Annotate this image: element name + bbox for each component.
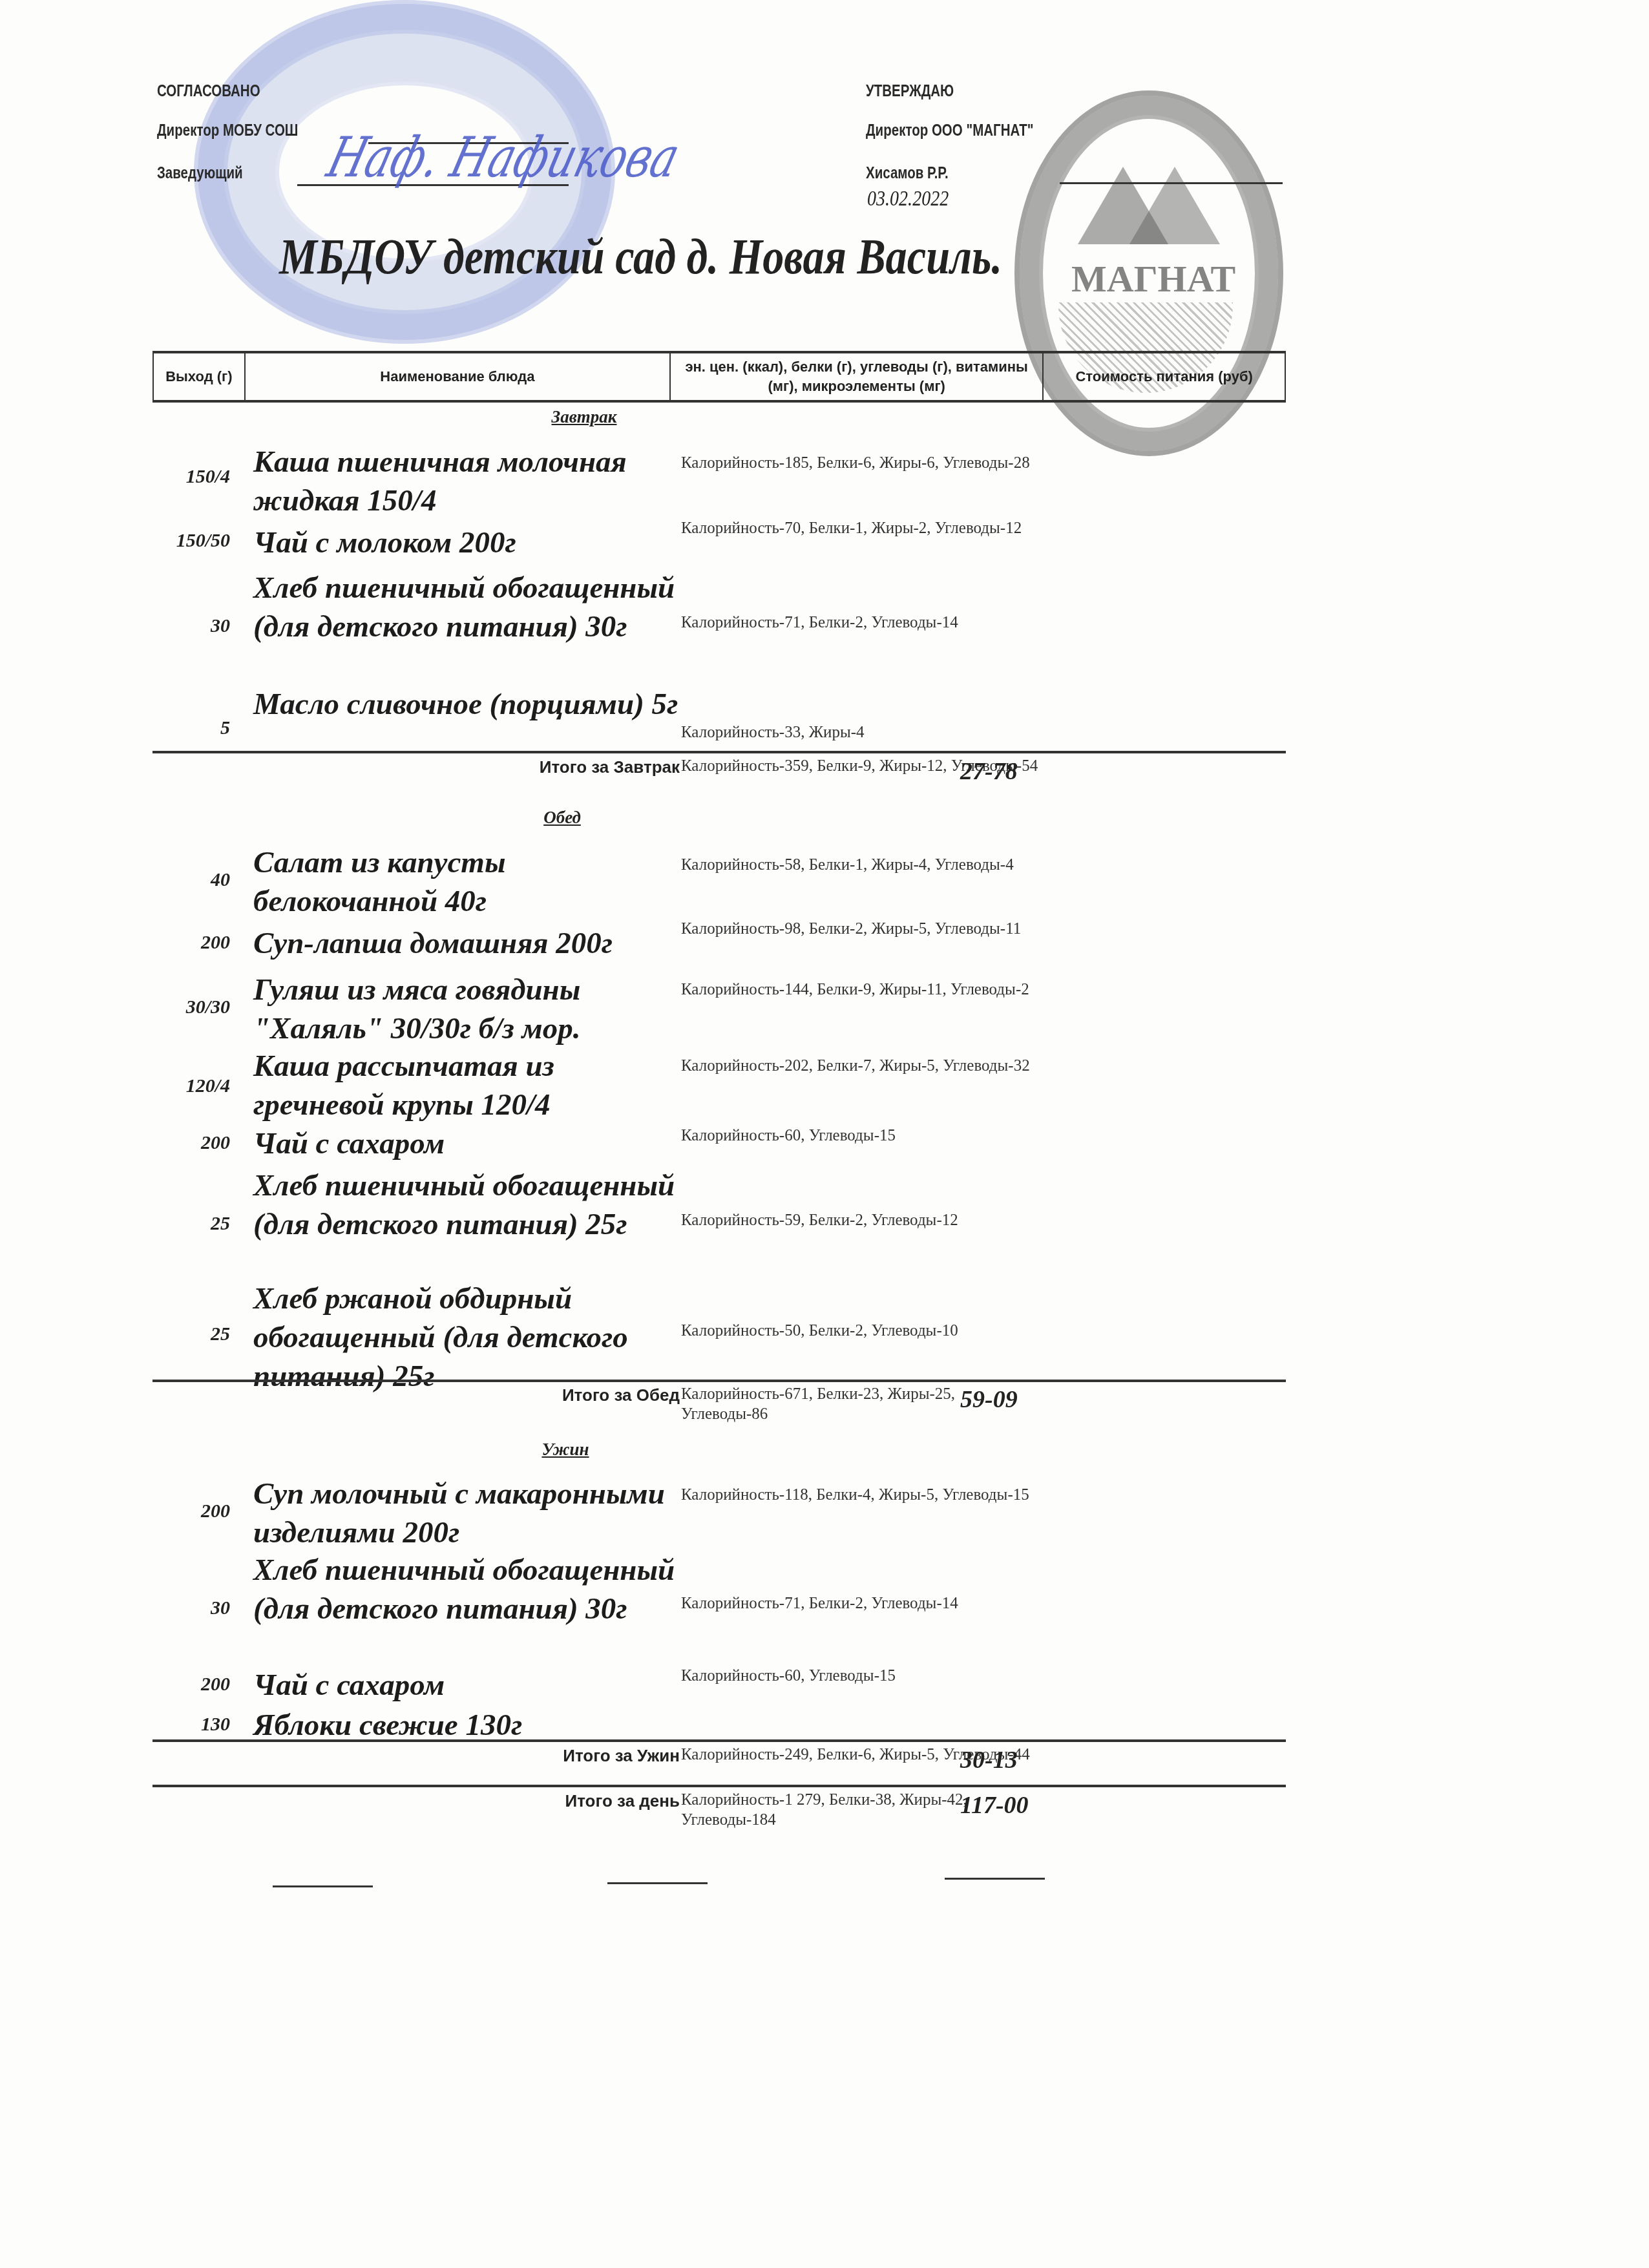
row-nutrition: Калорийность-58, Белки-1, Жиры-4, Углево… [681, 855, 1043, 875]
row-dish: Хлеб пшеничный обогащенный (для детского… [253, 1166, 680, 1244]
row-yield: 200 [152, 932, 230, 954]
total-label: Итого за Завтрак [540, 757, 680, 777]
row-nutrition: Калорийность-33, Жиры-4 [681, 722, 1043, 742]
row-yield: 200 [152, 1674, 230, 1696]
agreed-heading: СОГЛАСОВАНО [157, 82, 260, 101]
approved-heading: УТВЕРЖДАЮ [866, 82, 954, 101]
row-dish: Салат из капусты белокочанной 40г [253, 843, 680, 921]
total-divider [152, 1739, 1286, 1742]
agreed-position: Директор МОБУ СОШ [157, 121, 298, 140]
row-yield: 120/4 [152, 1075, 230, 1097]
row-nutrition: Калорийность-98, Белки-2, Жиры-5, Углево… [681, 919, 1043, 939]
handwritten-signature: Наф. Нафикова [321, 125, 686, 189]
header-cost: Стоимость питания (руб) [1043, 352, 1285, 401]
stamp-logo-icon-2 [1129, 167, 1220, 244]
row-dish: Каша пшеничная молочная жидкая 150/4 [253, 443, 680, 520]
footer-signature-line-3 [945, 1878, 1045, 1880]
header-nutrition: эн. цен. (ккал), белки (г), углеводы (г)… [670, 352, 1043, 401]
row-dish: Яблоки свежие 130г [253, 1706, 680, 1745]
row-dish: Суп-лапша домашняя 200г [253, 924, 680, 963]
row-yield: 200 [152, 1500, 230, 1522]
row-nutrition: Калорийность-60, Углеводы-15 [681, 1666, 1043, 1686]
row-yield: 25 [152, 1213, 230, 1235]
row-dish: Суп молочный с макаронными изделиями 200… [253, 1475, 680, 1552]
approval-signature-line [1060, 182, 1283, 184]
row-nutrition: Калорийность-144, Белки-9, Жиры-11, Угле… [681, 980, 1043, 1000]
total-label: Итого за Обед [562, 1385, 680, 1405]
row-nutrition: Калорийность-202, Белки-7, Жиры-5, Углев… [681, 1056, 1043, 1076]
day-total-label: Итого за день [565, 1791, 680, 1811]
day-total-cost: 117-00 [960, 1791, 1029, 1820]
row-nutrition: Калорийность-70, Белки-1, Жиры-2, Углево… [681, 518, 1043, 538]
day-total-divider [152, 1785, 1286, 1787]
row-nutrition: Калорийность-71, Белки-2, Углеводы-14 [681, 613, 1043, 633]
row-dish: Масло сливочное (порциями) 5г [253, 685, 680, 724]
row-dish: Гуляш из мяса говядины "Халяль" 30/30г б… [253, 971, 680, 1048]
row-dish: Хлеб ржаной обдирный обогащенный (для де… [253, 1279, 680, 1396]
row-yield: 40 [152, 869, 230, 891]
row-nutrition: Калорийность-59, Белки-2, Углеводы-12 [681, 1210, 1043, 1230]
menu-table-header: Выход (г) Наименование блюда эн. цен. (к… [152, 351, 1286, 403]
row-dish: Хлеб пшеничный обогащенный (для детского… [253, 1551, 680, 1628]
row-yield: 200 [152, 1132, 230, 1154]
total-cost: 27-78 [960, 757, 1018, 786]
row-nutrition: Калорийность-50, Белки-2, Углеводы-10 [681, 1321, 1043, 1341]
row-yield: 30/30 [152, 996, 230, 1018]
approval-date: 03.02.2022 [867, 187, 949, 211]
row-dish: Чай с сахаром [253, 1666, 680, 1705]
row-nutrition: Калорийность-118, Белки-4, Жиры-5, Углев… [681, 1485, 1043, 1505]
row-dish: Каша рассыпчатая из гречневой крупы 120/… [253, 1047, 680, 1124]
row-yield: 150/50 [152, 530, 230, 552]
row-nutrition: Калорийность-71, Белки-2, Углеводы-14 [681, 1593, 1043, 1613]
total-divider [152, 751, 1286, 753]
section-title-lunch: Обед [433, 808, 691, 828]
total-divider [152, 1380, 1286, 1382]
row-yield: 30 [152, 615, 230, 637]
row-nutrition: Калорийность-185, Белки-6, Жиры-6, Углев… [681, 453, 1043, 473]
row-yield: 130 [152, 1714, 230, 1736]
row-dish: Хлеб пшеничный обогащенный (для детского… [253, 569, 680, 646]
page-title: МБДОУ детский сад д. Новая Василь. [279, 227, 1002, 286]
row-dish: Чай с сахаром [253, 1124, 680, 1163]
stamp-text: МАГНАТ [1071, 257, 1226, 300]
total-label: Итого за Ужин [563, 1746, 680, 1766]
approved-name: Хисамов Р.Р. [866, 164, 949, 183]
section-title-dinner: Ужин [436, 1440, 695, 1460]
total-cost: 59-09 [960, 1385, 1018, 1414]
header-dish: Наименование блюда [245, 352, 670, 401]
footer-signature-line-1 [273, 1885, 373, 1887]
footer-signature-line-2 [607, 1882, 708, 1884]
agreed-role: Заведующий [157, 164, 243, 183]
row-yield: 5 [152, 717, 230, 739]
row-yield: 25 [152, 1323, 230, 1345]
section-title-breakfast: Завтрак [455, 407, 713, 427]
row-yield: 150/4 [152, 466, 230, 488]
total-cost: 30-13 [960, 1746, 1018, 1774]
row-dish: Чай с молоком 200г [253, 523, 680, 562]
header-yield: Выход (г) [153, 352, 245, 401]
approved-position: Директор ООО "МАГНАТ" [866, 121, 1033, 140]
row-yield: 30 [152, 1597, 230, 1619]
row-nutrition: Калорийность-60, Углеводы-15 [681, 1126, 1043, 1146]
